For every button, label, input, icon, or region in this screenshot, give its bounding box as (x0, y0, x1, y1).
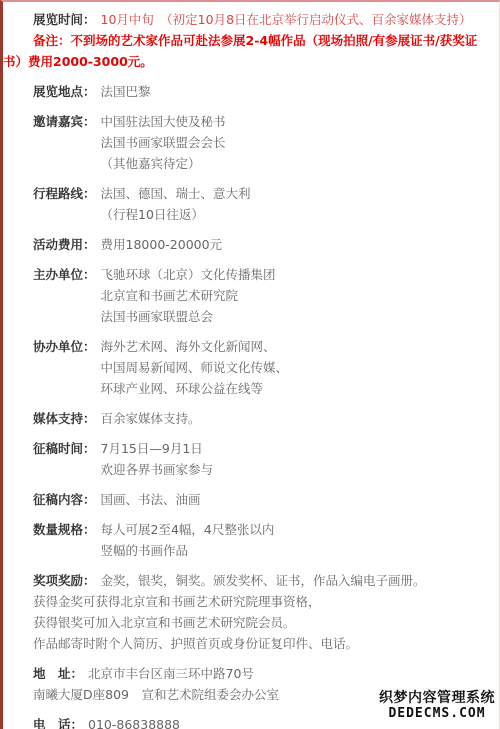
invited-guests-label: 邀请嘉宾： (33, 111, 96, 132)
media-support-label: 媒体支持： (33, 408, 96, 429)
submission-content-label: 征稿内容： (33, 489, 96, 510)
address-label: 地 址： (33, 663, 83, 684)
invited-guests-line: 中国驻法国大使及秘书 (101, 111, 226, 132)
itinerary-line: 法国、德国、瑞士、意大利 (101, 183, 251, 204)
section-media-support: 媒体支持： 百余家媒体支持。 (33, 408, 491, 429)
section-invited-guests: 邀请嘉宾： 中国驻法国大使及秘书 法国书画家联盟会会长 （其他嘉宾待定） (33, 111, 491, 174)
section-exhibit-place: 展览地点： 法国巴黎 (33, 81, 491, 102)
section-itinerary: 行程路线： 法国、德国、瑞士、意大利 （行程10日往返） (33, 183, 491, 225)
invited-guests-line: （其他嘉宾待定） (101, 153, 226, 174)
media-support-value: 百余家媒体支持。 (101, 408, 201, 429)
submission-time-line: 7月15日—9月1日 (101, 438, 214, 459)
phone-value: 010-86838888 (88, 714, 180, 729)
exhibit-place-value: 法国巴黎 (101, 81, 151, 102)
awards-note: 获得金奖可获得北京宣和书画艺术研究院理事资格， (33, 591, 491, 612)
section-activity-fee: 活动费用： 费用18000-20000元 (33, 234, 491, 255)
quantity-spec-label: 数量规格： (33, 519, 96, 540)
activity-fee-label: 活动费用： (33, 234, 96, 255)
organizers-line: 北京宣和书画艺术研究院 (101, 285, 276, 306)
invited-guests-line: 法国书画家联盟会会长 (101, 132, 226, 153)
section-awards: 奖项奖励： 金奖，银奖，铜奖。颁发奖杯、证书，作品入编电子画册。 获得金奖可获得… (33, 570, 491, 654)
submission-time-label: 征稿时间： (33, 438, 96, 459)
section-submission-content: 征稿内容： 国画、书法、油画 (33, 489, 491, 510)
notice-page: 展览时间： 10月中旬 （初定10月8日在北京举行启动仪式、百余家媒体支持） 备… (0, 0, 500, 729)
exhibit-time-value: 10月中旬 （初定10月8日在北京举行启动仪式、百余家媒体支持） (101, 9, 472, 30)
quantity-spec-line: 竖幅的书画作品 (101, 540, 275, 561)
watermark-cn-text: 织梦内容管理系统 (379, 690, 495, 706)
activity-fee-value: 费用18000-20000元 (101, 234, 223, 255)
awards-note: 作品邮寄时附个人简历、护照首页或身份证复印件、电话。 (33, 633, 491, 654)
phone-label: 电 话： (33, 714, 83, 729)
itinerary-label: 行程路线： (33, 183, 96, 204)
exhibit-time-label: 展览时间： (33, 9, 96, 30)
co-organizers-line: 中国周易新闻网、师说文化传媒、 (101, 357, 289, 378)
watermark-domain-text: DEDECMS.COM (379, 706, 495, 722)
co-organizers-label: 协办单位： (33, 336, 96, 357)
co-organizers-line: 海外艺术网、海外文化新闻网、 (101, 336, 289, 357)
section-exhibit-time: 展览时间： 10月中旬 （初定10月8日在北京举行启动仪式、百余家媒体支持） (33, 9, 491, 30)
submission-content-value: 国画、书法、油画 (101, 489, 201, 510)
organizers-line: 飞驰环球（北京）文化传播集团 (101, 264, 276, 285)
organizers-label: 主办单位： (33, 264, 96, 285)
address-value: 北京市丰台区南三环中路70号 (88, 663, 254, 684)
section-quantity-spec: 数量规格： 每人可展2至4幅，4尺整张以内 竖幅的书画作品 (33, 519, 491, 561)
organizers-line: 法国书画家联盟总会 (101, 306, 276, 327)
itinerary-line: （行程10日往返） (101, 204, 251, 225)
quantity-spec-line: 每人可展2至4幅，4尺整张以内 (101, 519, 275, 540)
awards-label: 奖项奖励： (33, 570, 96, 591)
remark-paragraph: 备注：不到场的艺术家作品可赴法参展2-4幅作品（现场拍照/有参展证书/获奖证书）… (3, 30, 491, 72)
awards-note: 获得银奖可加入北京宣和书画艺术研究院会员。 (33, 612, 491, 633)
submission-time-line: 欢迎各界书画家参与 (101, 459, 214, 480)
section-co-organizers: 协办单位： 海外艺术网、海外文化新闻网、 中国周易新闻网、师说文化传媒、 环球产… (33, 336, 491, 399)
awards-value: 金奖，银奖，铜奖。颁发奖杯、证书，作品入编电子画册。 (101, 570, 426, 591)
co-organizers-line: 环球产业网、环球公益在线等 (101, 378, 289, 399)
section-submission-time: 征稿时间： 7月15日—9月1日 欢迎各界书画家参与 (33, 438, 491, 480)
dedecms-watermark: 织梦内容管理系统 DEDECMS.COM (379, 690, 495, 722)
section-organizers: 主办单位： 飞驰环球（北京）文化传播集团 北京宣和书画艺术研究院 法国书画家联盟… (33, 264, 491, 327)
exhibit-place-label: 展览地点： (33, 81, 96, 102)
